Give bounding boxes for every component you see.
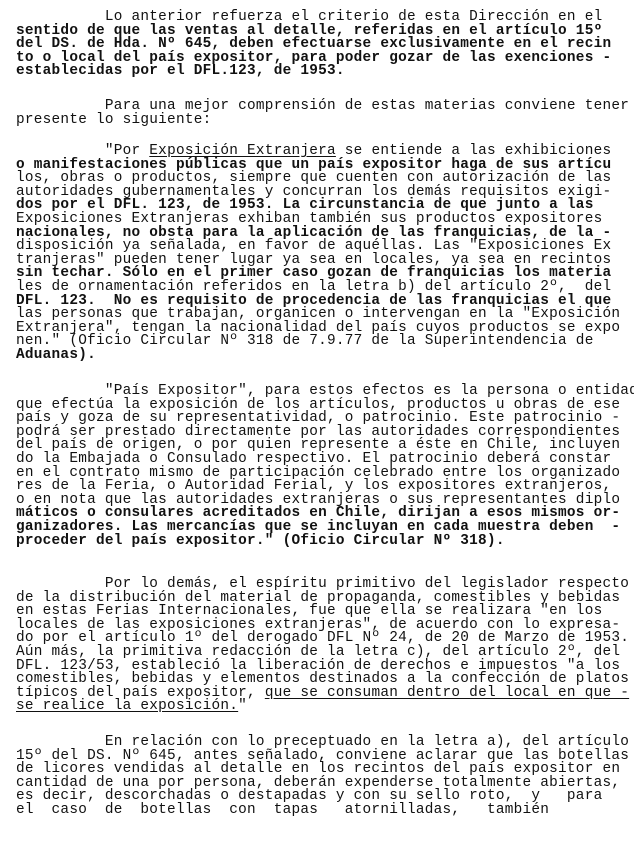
- paragraph-exposicion-extranjera: "Por Exposición Extranjera se entiende a…: [16, 145, 626, 363]
- text-segment: ": [238, 698, 247, 714]
- text-line: presente lo siguiente:: [16, 114, 626, 128]
- text-line: proceder del país expositor." (Oficio Ci…: [16, 535, 626, 549]
- underlined-clause: que se consuman dentro del local en que …: [265, 685, 629, 701]
- paragraph-espiritu-legislador: Por lo demás, el espíritu primitivo del …: [16, 578, 626, 714]
- text-line: establecidas por el DFL.123, de 1953.: [16, 65, 626, 79]
- paragraph-direccion-criterio: Lo anterior refuerza el criterio de esta…: [16, 11, 626, 79]
- scanned-document-page: Lo anterior refuerza el criterio de esta…: [0, 0, 634, 843]
- paragraph-pais-expositor: "País Expositor", para estos efectos es …: [16, 385, 626, 548]
- text-line: Aduanas).: [16, 349, 626, 363]
- text-line: nen." (Oficio Circular Nº 318 de 7.9.77 …: [16, 335, 626, 349]
- paragraph-intro: Para una mejor comprensión de estas mate…: [16, 100, 626, 127]
- text-line: el caso de botellas con tapas atornillad…: [16, 804, 626, 818]
- text-line: se realice la exposición.": [16, 700, 626, 714]
- underlined-clause: se realice la exposición.: [16, 698, 238, 714]
- paragraph-botellas-licores: En relación con lo preceptuado en la let…: [16, 736, 626, 818]
